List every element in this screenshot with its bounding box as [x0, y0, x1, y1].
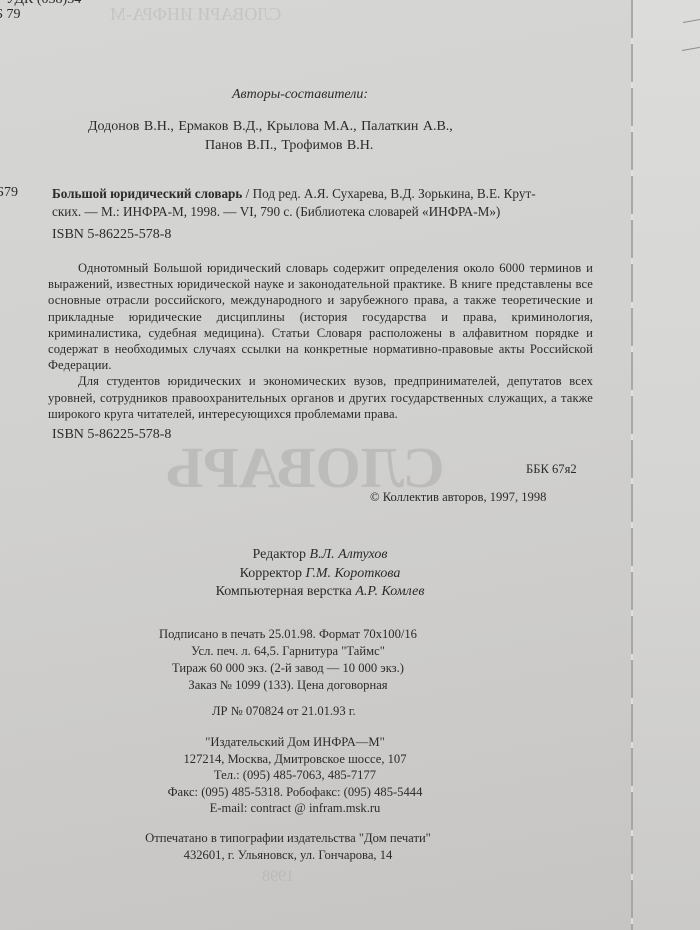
printer-line: 432601, г. Ульяновск, ул. Гончарова, 14: [118, 847, 458, 864]
printer-line: Отпечатано в типографии издательства "До…: [118, 830, 458, 847]
edge-mark: [683, 19, 700, 23]
catalog-index: Б79: [0, 184, 18, 202]
isbn-bottom: ISBN 5-86225-578-8: [52, 426, 171, 444]
bbk-index-top: Б 79: [0, 6, 21, 24]
publisher-line: Факс: (095) 485-5318. Робофакс: (095) 48…: [150, 784, 440, 801]
show-through-top: СЛОВАРИ ИНФРА-М: [110, 4, 281, 25]
bbk-code: ББК 67я2: [526, 461, 577, 477]
print-info: Подписано в печать 25.01.98. Формат 70х1…: [118, 626, 458, 694]
annotation-paragraph-2: Для студентов юридических и экономически…: [48, 373, 593, 422]
staff-block: Редактор В.Л. Алтухов Корректор Г.М. Кор…: [160, 546, 480, 602]
annotation-paragraph-1: Однотомный Большой юридический словарь с…: [48, 260, 593, 373]
authors-line-2: Панов В.П., Трофимов В.Н.: [205, 137, 373, 155]
copyright: © Коллектив авторов, 1997, 1998: [370, 489, 546, 505]
edge-mark: [682, 47, 700, 51]
staff-proofreader: Корректор Г.М. Короткова: [160, 565, 480, 584]
print-info-line: Заказ № 1099 (133). Цена договорная: [118, 677, 458, 694]
print-info-line: Усл. печ. л. 64,5. Гарнитура "Таймс": [118, 643, 458, 660]
book-title: Большой юридический словарь: [52, 186, 242, 201]
authors-heading: Авторы-составители:: [232, 86, 368, 104]
show-through-bottom: 1998: [262, 868, 294, 886]
publisher-line: Тел.: (095) 485-7063, 485-7177: [150, 767, 440, 784]
license-number: ЛР № 070824 от 21.01.93 г.: [212, 703, 356, 719]
authors-line-1: Додонов В.Н., Ермаков В.Д., Крылова М.А.…: [88, 118, 453, 136]
adjacent-page: [633, 0, 700, 930]
staff-layout: Компьютерная верстка А.Р. Комлев: [160, 583, 480, 602]
catalog-line-1: Большой юридический словарь / Под ред. А…: [52, 185, 536, 202]
publisher-line: 127214, Москва, Дмитровское шоссе, 107: [150, 751, 440, 768]
printer-block: Отпечатано в типографии издательства "До…: [118, 830, 458, 864]
isbn-top: ISBN 5-86225-578-8: [52, 226, 171, 244]
staff-editor: Редактор В.Л. Алтухов: [160, 546, 480, 565]
print-info-line: Подписано в печать 25.01.98. Формат 70х1…: [118, 626, 458, 643]
book-page: СЛОВАРИ ИНФРА-М СЛОВАРЬ 1998 УДК (038)34…: [0, 0, 632, 930]
annotation: Однотомный Большой юридический словарь с…: [48, 260, 593, 422]
catalog-editors: / Под ред. А.Я. Сухарева, В.Д. Зорькина,…: [242, 186, 535, 201]
publisher-block: "Издательский Дом ИНФРА—М" 127214, Москв…: [150, 734, 440, 817]
publisher-line: "Издательский Дом ИНФРА—М": [150, 734, 440, 751]
catalog-line-2: ских. — М.: ИНФРА-М, 1998. — VI, 790 с. …: [52, 203, 500, 220]
publisher-line: E-mail: contract @ infram.msk.ru: [150, 800, 440, 817]
print-info-line: Тираж 60 000 экз. (2-й завод — 10 000 эк…: [118, 660, 458, 677]
